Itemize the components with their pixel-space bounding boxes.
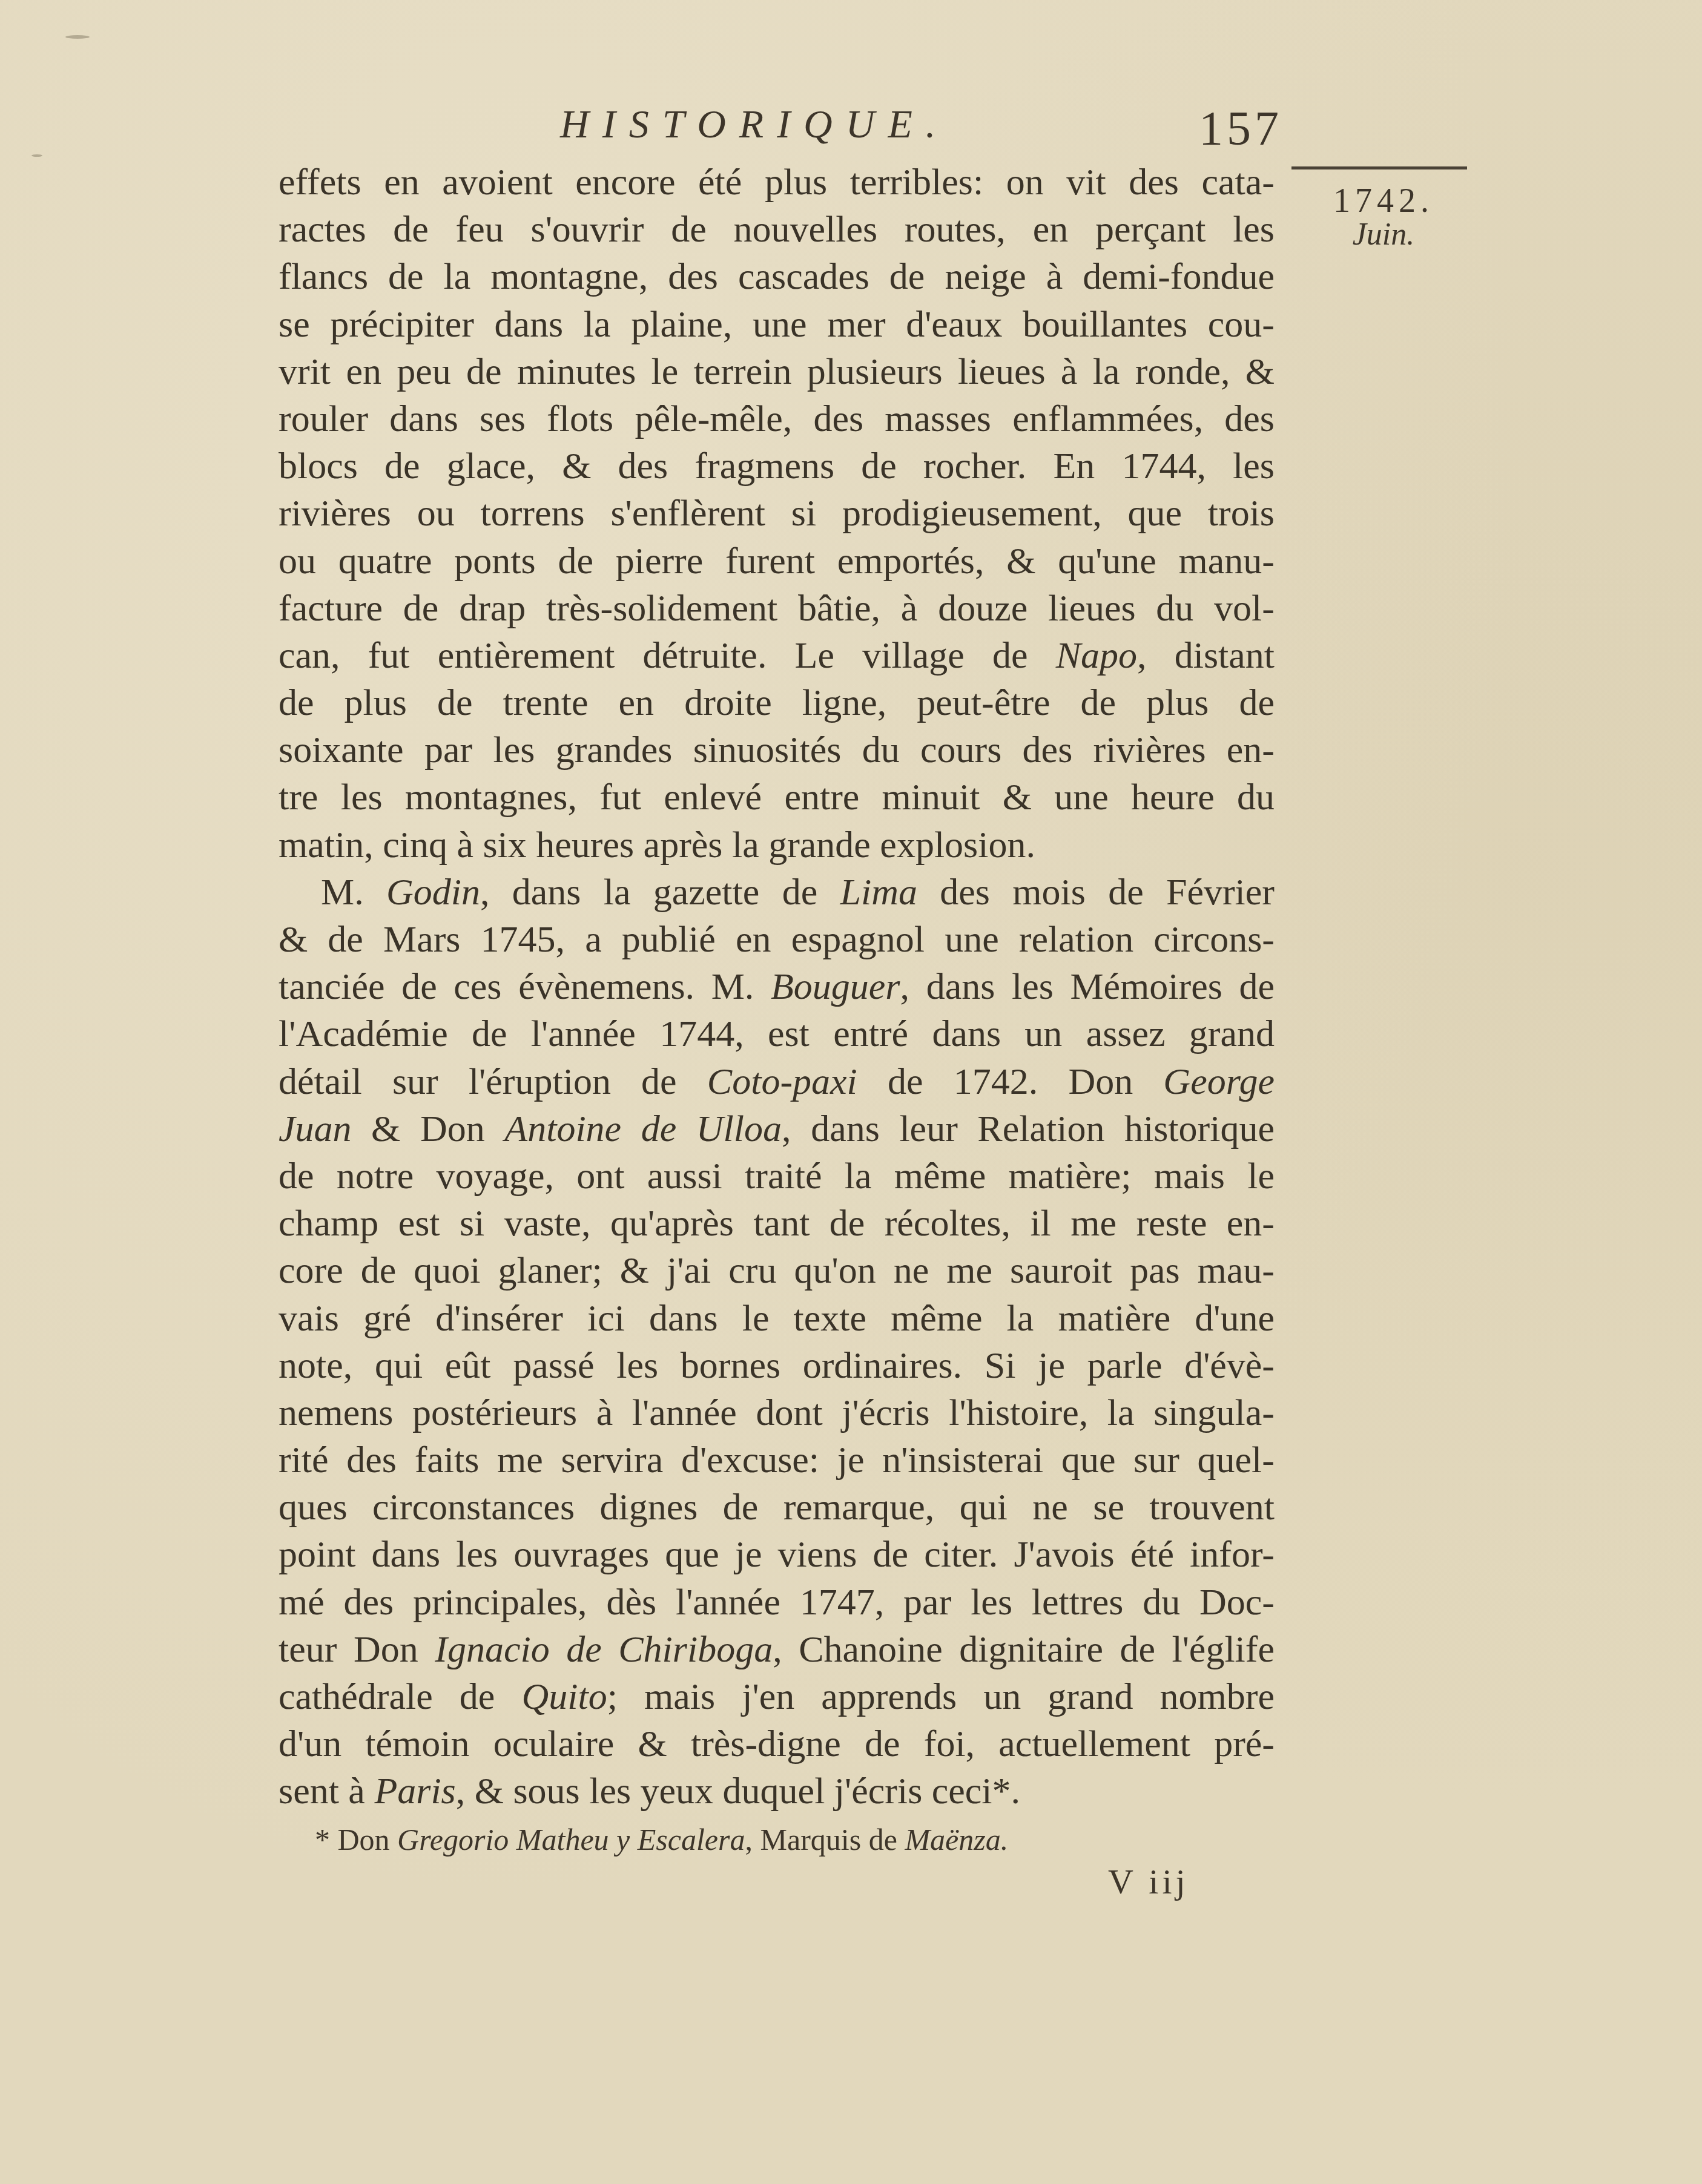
text-segment: ques circonstances dignes de remarque, q… [279, 1487, 1275, 1528]
footnote-segment: * Don [315, 1823, 397, 1857]
italic-segment: George [1163, 1061, 1275, 1102]
text-line: se précipiter dans la plaine, une mer d'… [279, 301, 1275, 348]
text-segment: mé des principales, dès l'année 1747, pa… [279, 1582, 1275, 1623]
paper-speck [31, 154, 42, 157]
text-segment: des mois de Février [917, 872, 1275, 913]
text-line: effets en avoient encore été plus terrib… [279, 159, 1275, 206]
text-segment: ractes de feu s'ouvrir de nouvelles rout… [279, 209, 1275, 250]
running-head: HISTORIQUE. [560, 102, 949, 148]
text-line: de plus de trente en droite ligne, peut-… [279, 679, 1275, 726]
text-line: vrit en peu de minutes le terrein plusie… [279, 348, 1275, 395]
text-segment: se précipiter dans la plaine, une mer d'… [279, 304, 1275, 345]
footnote-segment: , Marquis de [745, 1823, 905, 1857]
text-segment: & Don [352, 1108, 505, 1150]
italic-segment: Lima [840, 872, 917, 913]
text-line: rité des faits me servira d'excuse: je n… [279, 1436, 1275, 1484]
text-segment: M. [321, 872, 386, 913]
italic-segment: Paris [374, 1771, 455, 1812]
text-line: flancs de la montagne, des cascades de n… [279, 253, 1275, 300]
footnote-italic-segment: Maënza. [905, 1823, 1008, 1857]
text-line: détail sur l'éruption de Coto-paxi de 17… [279, 1058, 1275, 1105]
text-segment: sent à [279, 1771, 374, 1812]
text-segment: facture de drap très-solidement bâtie, à… [279, 588, 1275, 629]
text-line: note, qui eût passé les bornes ordinaire… [279, 1342, 1275, 1389]
text-segment: rité des faits me servira d'excuse: je n… [279, 1439, 1275, 1481]
text-segment: flancs de la montagne, des cascades de n… [279, 256, 1275, 297]
text-line: soixante par les grandes sinuosités du c… [279, 726, 1275, 774]
signature-mark: V iij [1108, 1861, 1189, 1902]
text-line: M. Godin, dans la gazette de Lima des mo… [279, 869, 1275, 916]
text-line: ou quatre ponts de pierre furent emporté… [279, 538, 1275, 585]
text-segment: vrit en peu de minutes le terrein plusie… [279, 351, 1275, 392]
italic-segment: Ignacio de Chiriboga [435, 1629, 773, 1670]
margin-note-year: 1742. [1320, 182, 1447, 220]
page-number: 157 [1199, 102, 1282, 157]
text-segment: point dans les ouvrages que je viens de … [279, 1534, 1275, 1575]
text-segment: can, fut entièrement détruite. Le villag… [279, 635, 1056, 676]
text-segment: , dans les Mémoires de [900, 966, 1275, 1007]
text-segment: , dans leur Relation historique [782, 1108, 1275, 1150]
text-segment: de 1742. Don [857, 1061, 1164, 1102]
text-segment: teur Don [279, 1629, 435, 1670]
text-segment: champ est si vaste, qu'après tant de réc… [279, 1203, 1275, 1244]
text-line: sent à Paris, & sous les yeux duquel j'é… [279, 1768, 1275, 1815]
text-line: & de Mars 1745, a publié en espagnol une… [279, 916, 1275, 963]
text-segment: effets en avoient encore été plus terrib… [279, 162, 1275, 203]
text-segment: rivières ou torrens s'enflèrent si prodi… [279, 493, 1275, 534]
text-segment: , distant [1137, 635, 1275, 676]
text-line: teur Don Ignacio de Chiriboga, Chanoine … [279, 1626, 1275, 1673]
text-segment: , Chanoine dignitaire de l'églife [773, 1629, 1275, 1670]
italic-segment: Antoine de Ulloa [504, 1108, 782, 1150]
margin-rule-divider [1291, 166, 1467, 169]
text-segment: note, qui eût passé les bornes ordinaire… [279, 1345, 1275, 1386]
text-line: tanciée de ces évènemens. M. Bouguer, da… [279, 963, 1275, 1010]
text-segment: détail sur l'éruption de [279, 1061, 707, 1102]
text-segment: tanciée de ces évènemens. M. [279, 966, 771, 1007]
text-segment: blocs de glace, & des fragmens de rocher… [279, 446, 1275, 487]
text-line: rouler dans ses flots pêle-mêle, des mas… [279, 395, 1275, 442]
paper-speck [65, 35, 90, 39]
text-line: point dans les ouvrages que je viens de … [279, 1531, 1275, 1578]
italic-segment: Godin [386, 872, 480, 913]
text-segment: tre les montagnes, fut enlevé entre minu… [279, 777, 1275, 818]
italic-segment: Coto-paxi [707, 1061, 857, 1102]
text-line: facture de drap très-solidement bâtie, à… [279, 585, 1275, 632]
italic-segment: Napo [1056, 635, 1137, 676]
text-segment: vais gré d'insérer ici dans le texte mêm… [279, 1298, 1275, 1339]
text-line: nemens postérieurs à l'année dont j'écri… [279, 1389, 1275, 1436]
footnote-italic-segment: Gregorio Matheu y Escalera [397, 1823, 745, 1857]
text-line: blocs de glace, & des fragmens de rocher… [279, 442, 1275, 490]
margin-note: 1742. Juin. [1320, 182, 1447, 252]
text-segment: d'un témoin oculaire & très-digne de foi… [279, 1723, 1275, 1765]
text-line: vais gré d'insérer ici dans le texte mêm… [279, 1295, 1275, 1342]
body-text: effets en avoient encore été plus terrib… [279, 159, 1275, 1815]
text-line: champ est si vaste, qu'après tant de réc… [279, 1200, 1275, 1247]
text-line: d'un témoin oculaire & très-digne de foi… [279, 1720, 1275, 1768]
text-line: Juan & Don Antoine de Ulloa, dans leur R… [279, 1105, 1275, 1153]
text-line: matin, cinq à six heures après la grande… [279, 821, 1275, 869]
text-line: rivières ou torrens s'enflèrent si prodi… [279, 490, 1275, 537]
text-segment: , dans la gazette de [480, 872, 840, 913]
text-segment: matin, cinq à six heures après la grande… [279, 824, 1035, 866]
margin-note-month: Juin. [1320, 217, 1447, 252]
text-line: can, fut entièrement détruite. Le villag… [279, 632, 1275, 679]
text-line: core de quoi glaner; & j'ai cru qu'on ne… [279, 1247, 1275, 1294]
text-segment: cathédrale de [279, 1676, 521, 1717]
text-line: cathédrale de Quito; mais j'en apprends … [279, 1673, 1275, 1720]
text-segment: soixante par les grandes sinuosités du c… [279, 729, 1275, 771]
text-segment: ; mais j'en apprends un grand nombre [607, 1676, 1275, 1717]
text-segment: l'Académie de l'année 1744, est entré da… [279, 1013, 1275, 1054]
text-segment: de plus de trente en droite ligne, peut-… [279, 682, 1275, 723]
text-segment: rouler dans ses flots pêle-mêle, des mas… [279, 398, 1275, 439]
text-line: mé des principales, dès l'année 1747, pa… [279, 1579, 1275, 1626]
footnote: * Don Gregorio Matheu y Escalera, Marqui… [315, 1822, 1008, 1857]
text-segment: ou quatre ponts de pierre furent emporté… [279, 541, 1275, 582]
italic-segment: Quito [521, 1676, 607, 1717]
text-segment: nemens postérieurs à l'année dont j'écri… [279, 1392, 1275, 1433]
text-line: tre les montagnes, fut enlevé entre minu… [279, 774, 1275, 821]
book-page: HISTORIQUE. 157 1742. Juin. effets en av… [0, 0, 1702, 2184]
text-line: de notre voyage, ont aussi traité la mêm… [279, 1153, 1275, 1200]
text-segment: de notre voyage, ont aussi traité la mêm… [279, 1156, 1275, 1197]
text-segment: & de Mars 1745, a publié en espagnol une… [279, 919, 1275, 960]
italic-segment: Bouguer [771, 966, 900, 1007]
text-line: l'Académie de l'année 1744, est entré da… [279, 1010, 1275, 1057]
text-segment: , & sous les yeux duquel j'écris ceci*. [456, 1771, 1020, 1812]
text-line: ractes de feu s'ouvrir de nouvelles rout… [279, 206, 1275, 253]
text-segment: core de quoi glaner; & j'ai cru qu'on ne… [279, 1250, 1275, 1291]
text-line: ques circonstances dignes de remarque, q… [279, 1484, 1275, 1531]
italic-segment: Juan [279, 1108, 352, 1150]
